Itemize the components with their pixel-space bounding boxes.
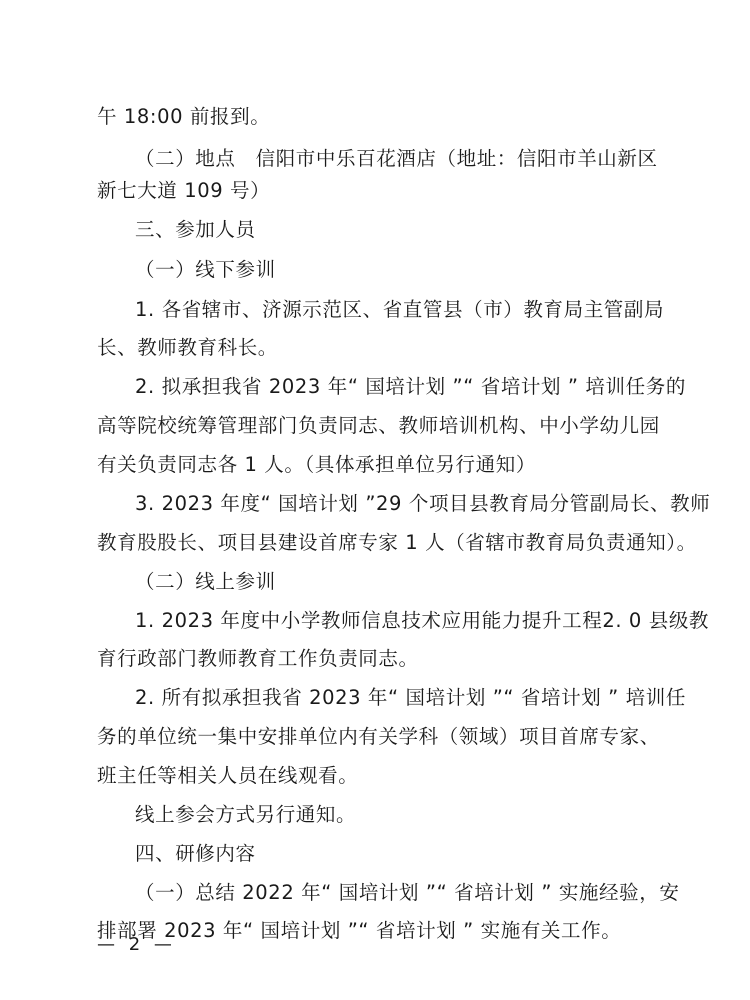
- text-line: 线上参会方式另行通知。: [135, 803, 356, 827]
- text-line: 新七大道 109 号）: [97, 179, 270, 203]
- text-line: 2. 拟承担我省 2023 年“ 国培计划 ”“ 省培计划 ” 培训任务的: [135, 375, 686, 399]
- text-line: 教育股股长、项目县建设首席专家 1 人（省辖市教育局负责通知）。: [97, 531, 697, 555]
- text-line: 午 18:00 前报到。: [97, 105, 270, 129]
- text-line: 班主任等相关人员在线观看。: [97, 764, 358, 788]
- text-line: 1. 各省辖市、济源示范区、省直管县（市）教育局主管副局: [135, 298, 664, 322]
- text-line: 长、教师教育科长。: [97, 336, 278, 360]
- page-number: — 2 —: [97, 933, 176, 957]
- text-line: 2. 所有拟承担我省 2023 年“ 国培计划 ”“ 省培计划 ” 培训任: [135, 686, 686, 710]
- section-heading: 四、研修内容: [135, 842, 256, 866]
- text-line: 3. 2023 年度“ 国培计划 ”29 个项目县教育局分管副局长、教师: [135, 492, 710, 516]
- text-line: （一）总结 2022 年“ 国培计划 ”“ 省培计划 ” 实施经验，安: [135, 881, 679, 905]
- subsection-heading: （二）线上参训: [135, 570, 276, 594]
- text-line: 育行政部门教师教育工作负责同志。: [97, 647, 419, 671]
- text-line: 有关负责同志各 1 人。（具体承担单位另行通知）: [97, 453, 536, 477]
- text-line: 高等院校统筹管理部门负责同志、教师培训机构、中小学幼儿园: [97, 414, 660, 438]
- section-heading: 三、参加人员: [135, 218, 256, 242]
- text-line: 1. 2023 年度中小学教师信息技术应用能力提升工程2. 0 县级教: [135, 609, 709, 633]
- text-line: 务的单位统一集中安排单位内有关学科（领域）项目首席专家、: [97, 725, 660, 749]
- text-line: （二）地点 信阳市中乐百花酒店（地址：信阳市羊山新区: [135, 147, 658, 171]
- subsection-heading: （一）线下参训: [135, 258, 276, 282]
- document-page: 午 18:00 前报到。 （二）地点 信阳市中乐百花酒店（地址：信阳市羊山新区 …: [0, 0, 750, 1000]
